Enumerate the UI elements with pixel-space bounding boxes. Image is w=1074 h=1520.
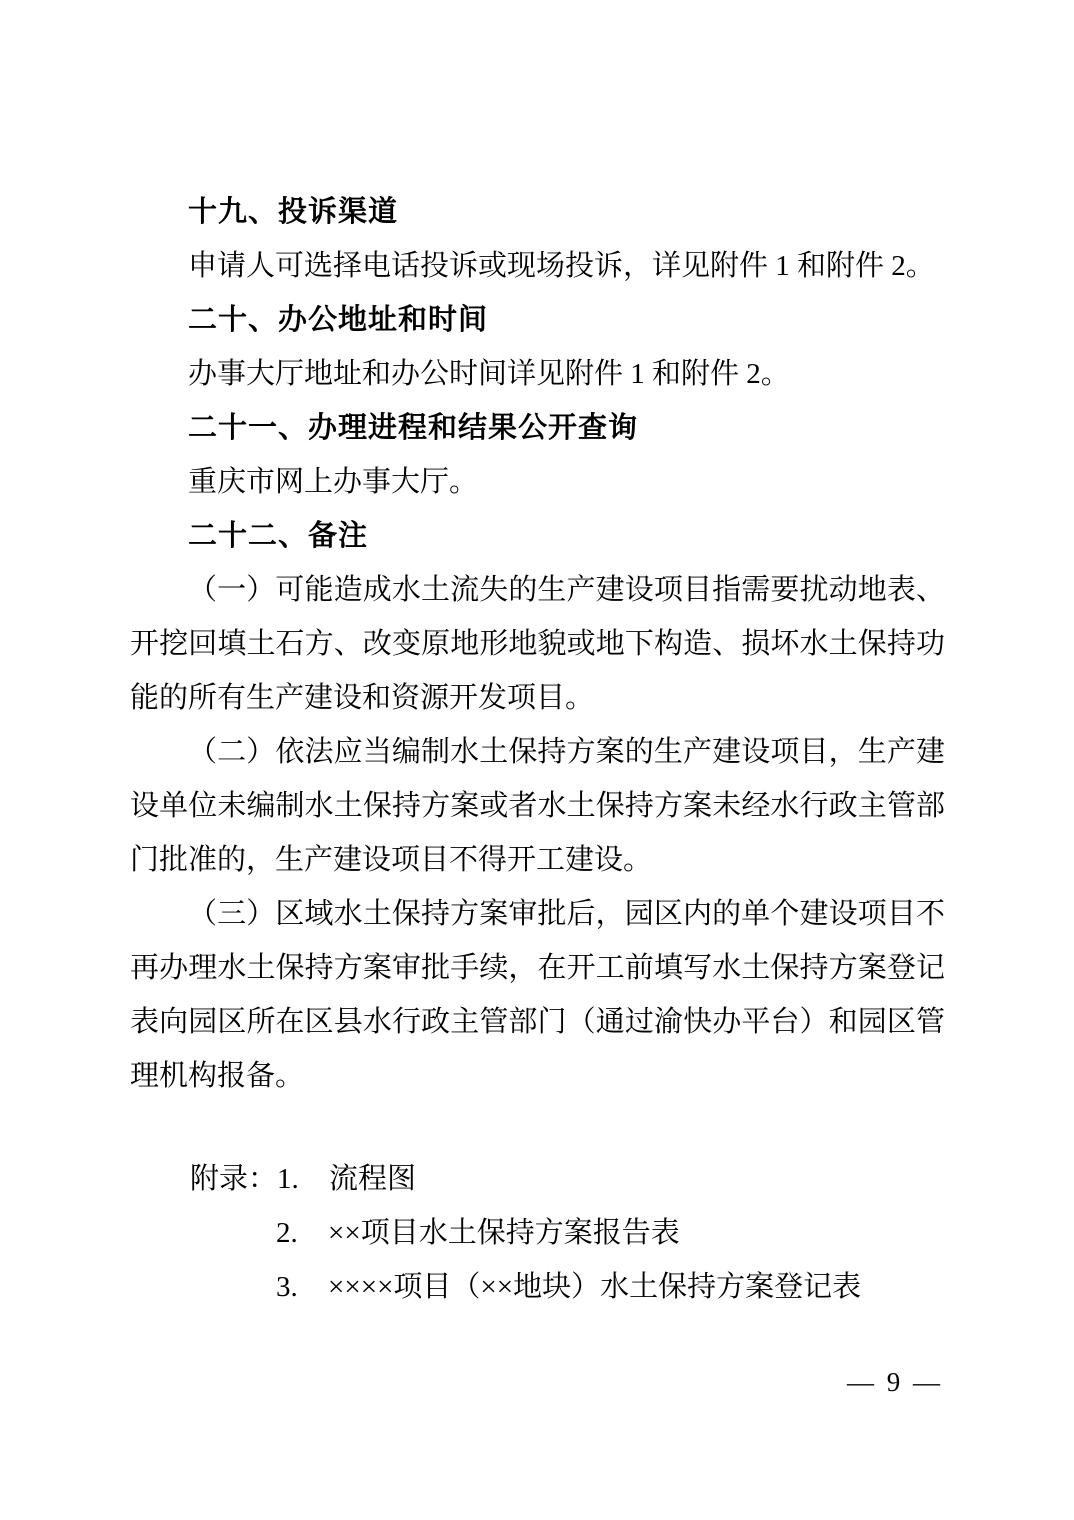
appendix-item-3: 3.××××项目（××地块）水土保持方案登记表 — [130, 1260, 945, 1314]
remarks-paragraph-1: （一）可能造成水土流失的生产建设项目指需要扰动地表、开挖回填土石方、改变原地形地… — [130, 563, 945, 725]
section-21-paragraph: 重庆市网上办事大厅。 — [130, 455, 945, 509]
appendix-item-2-number: 2. — [276, 1206, 328, 1260]
remarks-paragraph-3: （三）区域水土保持方案审批后，园区内的单个建设项目不再办理水土保持方案审批手续，… — [130, 887, 945, 1103]
remarks-paragraph-2: （二）依法应当编制水土保持方案的生产建设项目，生产建设单位未编制水土保持方案或者… — [130, 725, 945, 887]
page-number: — 9 — — [847, 1366, 943, 1398]
document-content: 十九、投诉渠道 申请人可选择电话投诉或现场投诉，详见附件 1 和附件 2。 二十… — [130, 185, 945, 1314]
appendix-item-1-number: 1. — [277, 1152, 329, 1206]
appendix-item-3-number: 3. — [276, 1260, 328, 1314]
section-heading-19-complaint-channels: 十九、投诉渠道 — [130, 185, 945, 239]
section-heading-21-progress-result-inquiry: 二十一、办理进程和结果公开查询 — [130, 401, 945, 455]
document-page: 十九、投诉渠道 申请人可选择电话投诉或现场投诉，详见附件 1 和附件 2。 二十… — [0, 0, 1074, 1520]
appendix-item-3-text: ××××项目（××地块）水土保持方案登记表 — [328, 1271, 861, 1303]
section-heading-20-office-address-time: 二十、办公地址和时间 — [130, 293, 945, 347]
appendix-list: 附录：1.流程图 2.××项目水土保持方案报告表 3.××××项目（××地块）水… — [130, 1152, 945, 1314]
appendix-label: 附录： — [190, 1163, 277, 1195]
section-19-paragraph: 申请人可选择电话投诉或现场投诉，详见附件 1 和附件 2。 — [130, 239, 945, 293]
section-20-paragraph: 办事大厅地址和办公时间详见附件 1 和附件 2。 — [130, 347, 945, 401]
appendix-item-2-text: ××项目水土保持方案报告表 — [328, 1217, 680, 1249]
appendix-item-1: 附录：1.流程图 — [130, 1152, 945, 1206]
appendix-item-1-text: 流程图 — [329, 1163, 416, 1195]
section-heading-22-remarks: 二十二、备注 — [130, 509, 945, 563]
appendix-item-2: 2.××项目水土保持方案报告表 — [130, 1206, 945, 1260]
